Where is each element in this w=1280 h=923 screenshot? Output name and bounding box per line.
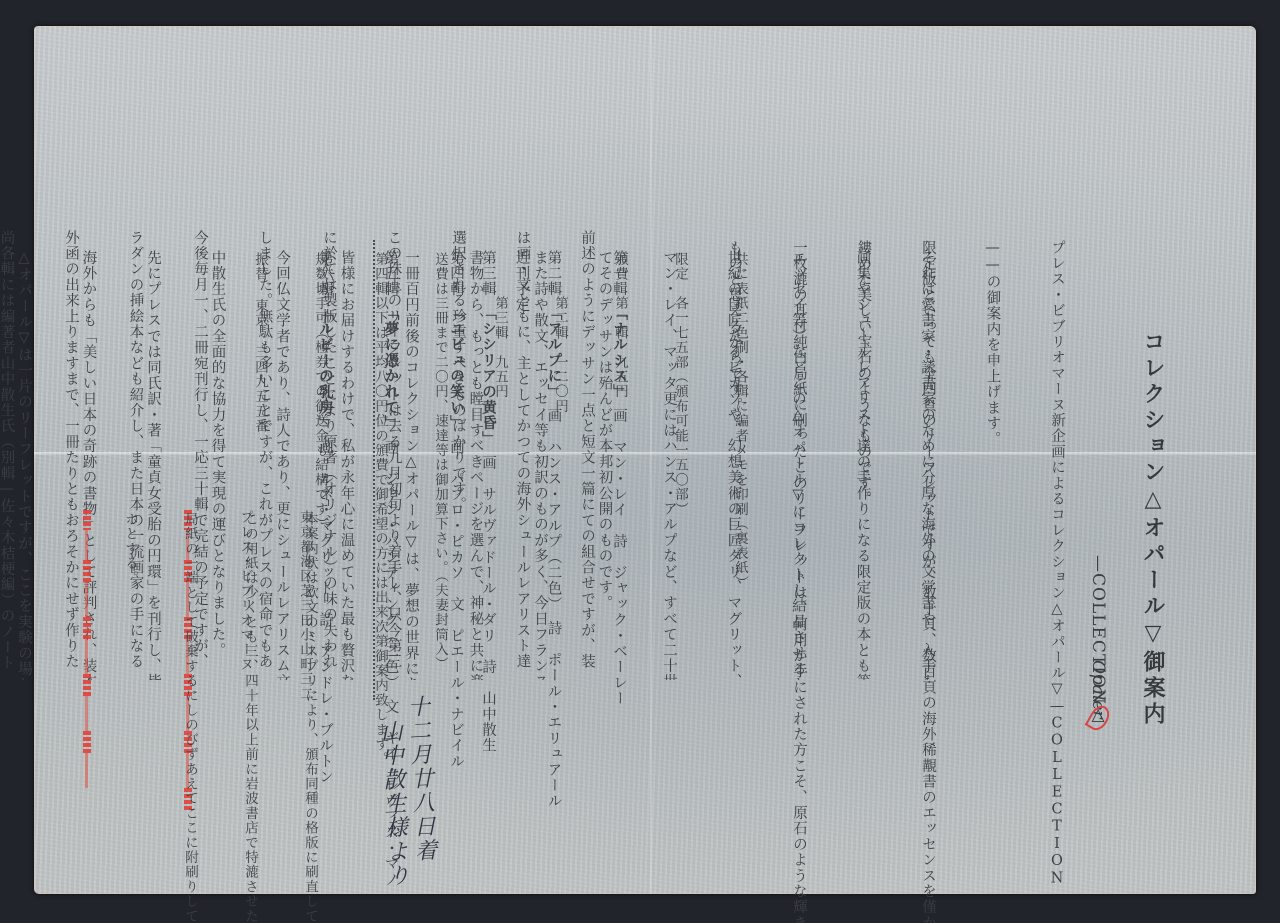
red-border-line — [85, 530, 88, 560]
notice-line: 局紙の一端として破棄するにしのびずあえてここに附刷りして保存の — [180, 512, 200, 792]
red-border-bead — [83, 617, 91, 639]
notice-line: 本案内状は欧文のミスプリにより、頒布同種の格版に刷直してあるが、 — [300, 512, 320, 792]
middle-line: 外函の出来上りますまで、一冊たりともおろそかにせず作りたいと思います。 — [60, 230, 82, 670]
red-border-bead — [83, 560, 91, 582]
intro-line: ——の御案内を申上げます。 — [981, 240, 1003, 680]
middle-line: 尚各輯には編著者山中散生氏（別輯—佐々木桔梗編）のノートを付し、 — [0, 230, 17, 670]
red-border-line — [85, 696, 88, 731]
notice-line: この用紙は少くとも三、四十年以上前に岩波書店で特漉させた残品であり — [240, 512, 260, 792]
terms-shipping: 送費は三冊まで二〇円、速達等は御加算下さい。（夫妻封筒入） — [430, 252, 450, 612]
red-border-bead — [83, 731, 91, 753]
terms-limit: 限定 各一七五部（頒布可能一五〇部） — [670, 252, 690, 612]
red-border-bead — [83, 510, 91, 530]
red-border-bead — [83, 674, 91, 696]
intro-line: プレス・ビブリオマーヌ新企画によるコレクション△オパール▽—COLLECTION — [1046, 240, 1068, 680]
red-border-line — [85, 582, 88, 617]
body-line: それは愛書家・読書家のために分厚な海外の文学書や、入手も難しい貴重な画集、或いは… — [916, 250, 938, 680]
terms-price: 第二輯 一二〇円 — [550, 252, 570, 612]
document-title: コレクション△オパール▽御案内 — [1138, 330, 1169, 728]
terms-vol4: 第四輯以下は平均八〇円位の頒費で御希望の方には出来次第御案内致します。 — [370, 252, 390, 612]
red-border-line — [85, 753, 88, 788]
terms-price: 頒費 第一輯 九五円 — [610, 252, 630, 612]
red-border-line — [85, 639, 88, 674]
terms-common: 共に表紙二色刷・各輯に編者メモを印刷（裏表紙） — [730, 252, 750, 612]
misprint-notice: 本案内状は欧文のミスプリにより、頒布同種の格版に刷直してあるが、 この用紙は少く… — [100, 512, 360, 792]
body-line: 画集やシュールレアリスト達の手作りになる限定版の本とも等しい贈物であり、数々の画… — [851, 250, 873, 680]
notice-line: ホとする。 — [120, 512, 140, 792]
terms-price: 第三輯 九五円 — [490, 252, 510, 612]
